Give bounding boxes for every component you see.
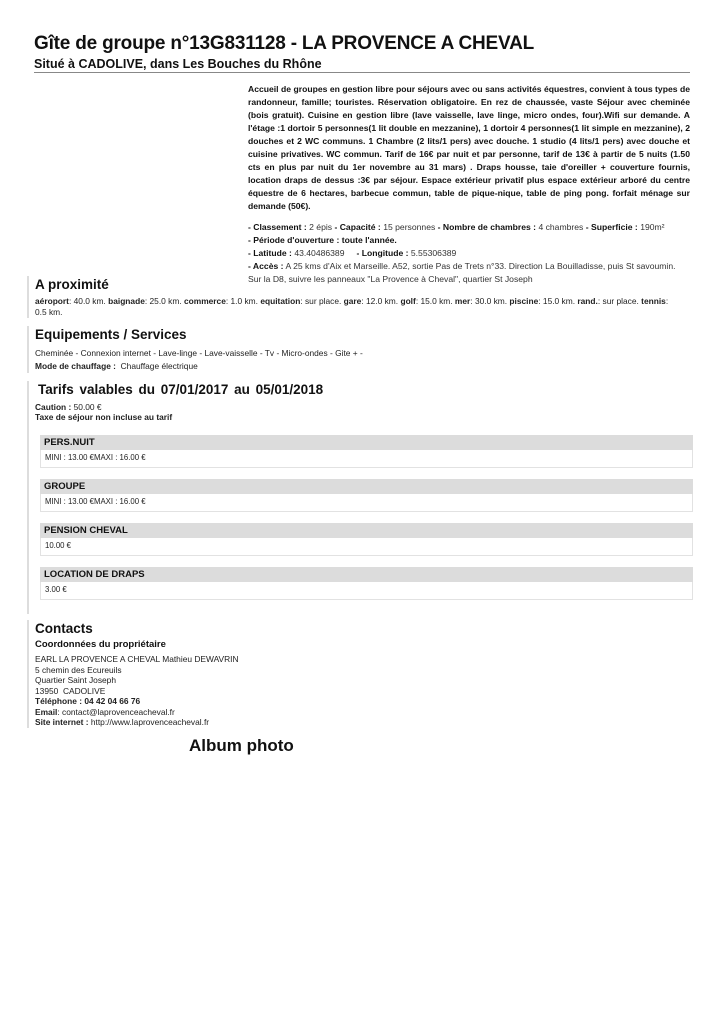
proximite-item: equitation: sur place. — [260, 296, 343, 306]
contacts-subtitle: Coordonnées du propriétaire — [35, 639, 335, 651]
email-line: Email: contact@laprovenceacheval.fr — [35, 707, 335, 718]
contacts-title: Contacts — [35, 620, 335, 637]
proximite-label: aéroport — [35, 296, 69, 306]
website-line: Site internet : http://www.laprovenceach… — [35, 717, 335, 728]
proximite-value: : sur place. — [300, 296, 343, 306]
proximite-value: : 15.0 km. — [538, 296, 577, 306]
proximite-item: baignade: 25.0 km. — [108, 296, 184, 306]
proximite-value: : 30.0 km. — [470, 296, 509, 306]
chauffage-line: Mode de chauffage : Chauffage électrique — [35, 360, 675, 373]
description-text: Accueil de groupes en gestion libre pour… — [248, 83, 690, 213]
tarif-box: LOCATION DE DRAPS 3.00 € — [40, 567, 693, 600]
chambres-label: - Nombre de chambres : — [438, 222, 536, 232]
tarif-value: MINI : 13.00 €MAXI : 16.00 € — [40, 450, 693, 468]
chauffage-value: Chauffage électrique — [121, 361, 198, 371]
chauffage-label: Mode de chauffage : — [35, 361, 116, 371]
description-block: Accueil de groupes en gestion libre pour… — [248, 83, 690, 286]
page-subtitle: Situé à CADOLIVE, dans Les Bouches du Rh… — [34, 57, 690, 72]
proximite-item: commerce: 1.0 km. — [184, 296, 260, 306]
album-photo-title: Album photo — [189, 736, 294, 756]
proximite-value: : sur place. — [598, 296, 641, 306]
classement-value: 2 épis — [309, 222, 332, 232]
chambres-value: 4 chambres — [538, 222, 583, 232]
proximite-item: piscine: 15.0 km. — [509, 296, 577, 306]
proximite-item: gare: 12.0 km. — [344, 296, 401, 306]
capacite-label: - Capacité : — [334, 222, 380, 232]
website-link[interactable]: http://www.laprovenceacheval.fr — [91, 717, 209, 727]
equipements-section: Equipements / Services Cheminée - Connex… — [27, 326, 675, 373]
caution-label: Caution : — [35, 402, 71, 412]
proximite-value: : 1.0 km. — [226, 296, 260, 306]
proximite-item: mer: 30.0 km. — [455, 296, 509, 306]
superficie-value: 190m² — [640, 222, 664, 232]
caution-value: 50.00 € — [74, 402, 102, 412]
proximite-section: A proximité aéroport: 40.0 km. baignade:… — [27, 276, 675, 318]
classement-label: - Classement : — [248, 222, 307, 232]
owner-name: EARL LA PROVENCE A CHEVAL Mathieu DEWAVR… — [35, 654, 335, 665]
email-link[interactable]: contact@laprovenceacheval.fr — [62, 707, 175, 717]
tarifs-section: Tarifs valables du 07/01/2017 au 05/01/2… — [27, 381, 699, 614]
contacts-section: Contacts Coordonnées du propriétaire EAR… — [27, 620, 335, 728]
website-label: Site internet : — [35, 717, 89, 727]
taxe-note: Taxe de séjour non incluse au tarif — [35, 412, 699, 422]
telephone-line: Téléphone : 04 42 04 66 76 — [35, 696, 335, 707]
tarif-value: 10.00 € — [40, 538, 693, 556]
tarif-value: MINI : 13.00 €MAXI : 16.00 € — [40, 494, 693, 512]
header-divider — [34, 72, 690, 73]
capacite-value: 15 personnes — [383, 222, 435, 232]
proximite-value: : 25.0 km. — [145, 296, 184, 306]
longitude-value: 5.55306389 — [411, 248, 456, 258]
proximite-item: golf: 15.0 km. — [400, 296, 454, 306]
tarif-header: PERS.NUIT — [40, 435, 693, 450]
superficie-label: - Superficie : — [586, 222, 638, 232]
longitude-label: - Longitude : — [356, 248, 408, 258]
tarif-box: PERS.NUIT MINI : 13.00 €MAXI : 16.00 € — [40, 435, 693, 468]
proximite-label: equitation — [260, 296, 300, 306]
telephone-label: Téléphone : — [35, 696, 82, 706]
proximite-value: : 15.0 km. — [416, 296, 455, 306]
coordinates-line: - Latitude : 43.40486389 - Longitude : 5… — [248, 247, 690, 260]
postal-city: 13950 CADOLIVE — [35, 686, 335, 697]
proximite-item: aéroport: 40.0 km. — [35, 296, 108, 306]
address-line: Quartier Saint Joseph — [35, 675, 335, 686]
tarif-header: PENSION CHEVAL — [40, 523, 693, 538]
proximite-label: rand. — [577, 296, 597, 306]
proximite-label: baignade — [108, 296, 145, 306]
proximite-label: commerce — [184, 296, 226, 306]
tarif-box: PENSION CHEVAL 10.00 € — [40, 523, 693, 556]
equipements-list: Cheminée - Connexion internet - Lave-lin… — [35, 347, 675, 360]
tarif-value: 3.00 € — [40, 582, 693, 600]
email-label: Email — [35, 707, 57, 717]
tarif-header: GROUPE — [40, 479, 693, 494]
proximite-label: piscine — [509, 296, 538, 306]
telephone-value: 04 42 04 66 76 — [84, 696, 140, 706]
page-title: Gîte de groupe n°13G831128 - LA PROVENCE… — [34, 33, 690, 55]
facts-line-1: - Classement : 2 épis - Capacité : 15 pe… — [248, 221, 690, 234]
equipements-title: Equipements / Services — [35, 326, 675, 343]
proximite-item: rand.: sur place. — [577, 296, 641, 306]
proximite-value: : 12.0 km. — [361, 296, 400, 306]
tarif-header: LOCATION DE DRAPS — [40, 567, 693, 582]
page-header: Gîte de groupe n°13G831128 - LA PROVENCE… — [34, 33, 690, 72]
proximite-label: golf — [400, 296, 415, 306]
caution-line: Caution : 50.00 € — [35, 402, 699, 412]
address-line: 5 chemin des Ecureuils — [35, 665, 335, 676]
acces-label: - Accès : — [248, 261, 284, 271]
proximite-label: mer — [455, 296, 470, 306]
periode-ouverture: - Période d'ouverture : toute l'année. — [248, 234, 690, 247]
latitude-label: - Latitude : — [248, 248, 292, 258]
proximite-list: aéroport: 40.0 km. baignade: 25.0 km. co… — [35, 296, 675, 318]
tarifs-title: Tarifs valables du 07/01/2017 au 05/01/2… — [38, 381, 699, 398]
tarif-box: GROUPE MINI : 13.00 €MAXI : 16.00 € — [40, 479, 693, 512]
proximite-label: tennis — [641, 296, 666, 306]
proximite-value: : 40.0 km. — [69, 296, 108, 306]
latitude-value: 43.40486389 — [294, 248, 344, 258]
proximite-title: A proximité — [35, 276, 675, 293]
proximite-label: gare — [344, 296, 362, 306]
